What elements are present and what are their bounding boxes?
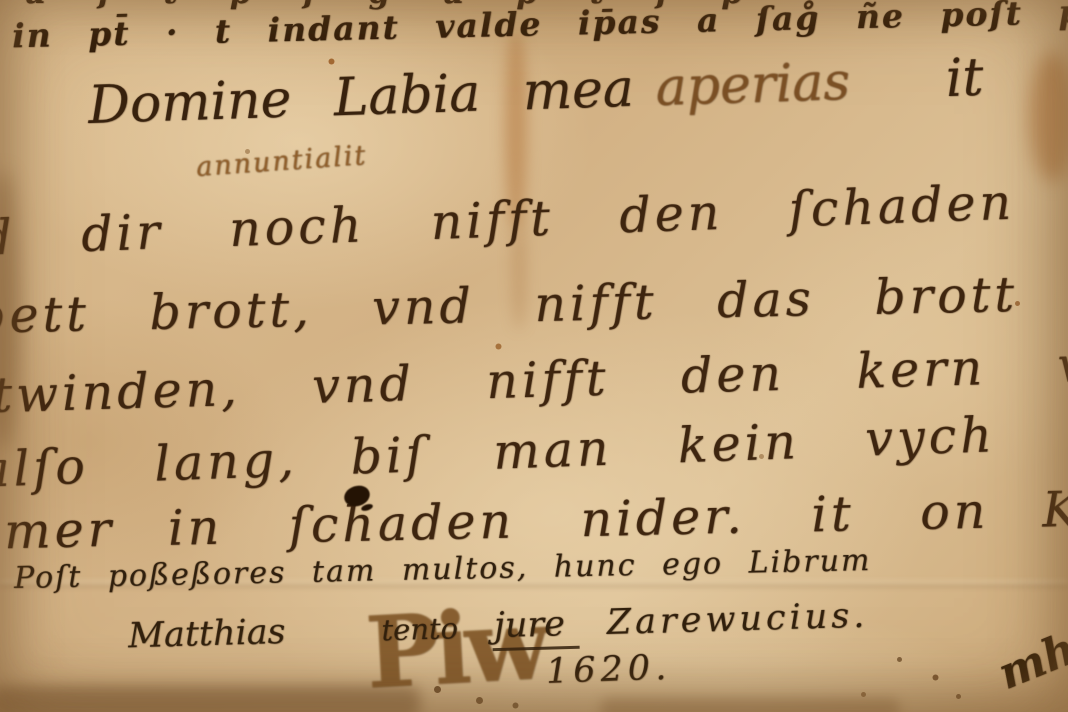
text-line-versicle: Domine Labia meaaperiasit	[87, 48, 984, 136]
text-line-interlinear: annuntialit	[195, 140, 368, 183]
shadow-bottom-mid	[600, 698, 900, 712]
manuscript-page: u ſ t p̄ ſ g u p t ſ p in pt̄ · t indant…	[0, 0, 1068, 712]
owner-word-jure: jure	[491, 604, 579, 651]
text-line-german-1: d dir noch nifft den ſchaden g	[0, 170, 1068, 267]
ink-specks	[0, 0, 3, 3]
owner-word-tento: tento	[381, 611, 459, 647]
versicle-et: it	[945, 48, 984, 109]
text-line-german-2: bett brott, vnd nifft das brott d	[0, 264, 1068, 345]
corner-flourish-mark: mh	[991, 623, 1068, 700]
year-mark: 1620.	[545, 648, 672, 692]
versicle-faded-word: aperias	[655, 52, 851, 118]
text-line-german-5: mer in ſchaden nider. it on K	[4, 481, 1068, 561]
versicle-opening: Domine Labia mea	[87, 59, 634, 136]
shadow-bottom-edge	[0, 686, 420, 712]
rust-stain-right-edge	[1030, 52, 1068, 182]
owner-surname: Zarewucius.	[606, 596, 869, 643]
owner-first-name: Matthias	[128, 612, 286, 656]
